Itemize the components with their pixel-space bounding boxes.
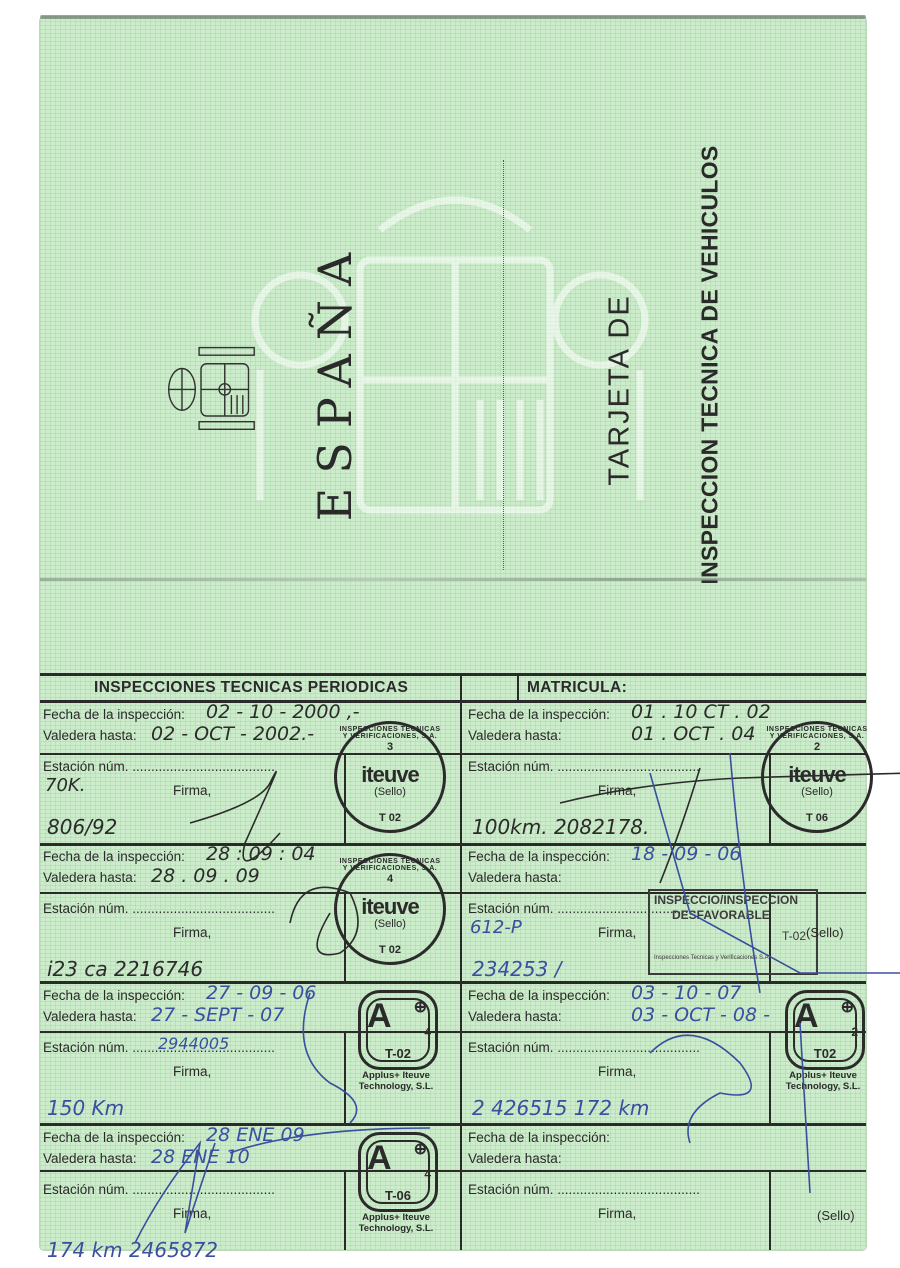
country-text: ESPAÑA xyxy=(308,239,362,522)
stamp-code: T02 xyxy=(788,1046,862,1061)
signature-label: Firma, xyxy=(598,1206,636,1221)
valid-until-label: Valedera hasta: xyxy=(468,728,562,743)
valid-until-label: Valedera hasta: xyxy=(468,1009,562,1024)
valid-until-label: Valedera hasta: xyxy=(468,870,562,885)
station-label: Estación núm. ..........................… xyxy=(43,901,275,916)
iteuve-round-stamp: INSPECCIONES TECNICAS Y VERIFICACIONES, … xyxy=(334,721,446,833)
iteuve-round-stamp: INSPECCIONES TECNICAS Y VERIFICACIONES, … xyxy=(334,853,446,965)
seal-divider xyxy=(769,1031,771,1125)
stamp-number: 2 xyxy=(851,1025,858,1039)
stamp-number: 4 xyxy=(424,1167,431,1181)
fold-crease xyxy=(40,578,866,581)
column-divider xyxy=(460,673,462,1250)
handwritten-number: 150 Km xyxy=(47,1096,124,1120)
stamp-code: T 02 xyxy=(337,944,443,956)
stamp-letter: A xyxy=(367,997,392,1036)
stamp-code: T 06 xyxy=(764,812,870,824)
inspection-date-field[interactable]: 28 : 09 : 04 xyxy=(206,843,316,865)
valid-until-field[interactable]: 28 ENE 10 xyxy=(151,1146,250,1168)
stamp-company-caption: Applus+ Iteuve Technology, S.L. xyxy=(348,1212,444,1234)
date-label: Fecha de la inspección: xyxy=(43,1130,185,1145)
handwritten-number: 234253 / xyxy=(472,957,561,981)
date-label: Fecha de la inspección: xyxy=(468,849,610,864)
title-line2-text: INSPECCION TECNICA DE VEHICULOS xyxy=(697,145,724,584)
card-edge xyxy=(40,15,866,19)
stamp-logo: iteuve xyxy=(764,762,870,788)
stamp-ring-text: INSPECCIONES TECNICAS Y VERIFICACIONES, … xyxy=(764,726,870,740)
stamp-number: 2 xyxy=(764,741,870,753)
date-label: Fecha de la inspección: xyxy=(43,988,185,1003)
rule xyxy=(40,1031,866,1033)
stamp-code: T 02 xyxy=(337,812,443,824)
iteuve-round-stamp: INSPECCIONES TECNICAS Y VERIFICACIONES, … xyxy=(761,721,873,833)
unfavorable-inspection-stamp: INSPECCIO/INSPECCIONDESFAVORABLET-02Insp… xyxy=(648,889,818,975)
seal-label: (Sello) xyxy=(806,925,844,940)
handwritten-note: 70K. xyxy=(45,775,85,796)
applus-itv-stamp: A⊕4T-02 xyxy=(358,990,438,1070)
stamp-letter: A xyxy=(367,1139,392,1178)
station-label: Estación núm. ..........................… xyxy=(468,1182,700,1197)
stamp-number: 4 xyxy=(424,1025,431,1039)
stamp-line2: DESFAVORABLE xyxy=(672,908,770,922)
stamp-plus-icon: ⊕ xyxy=(414,1139,427,1159)
stamp-plus-icon: ⊕ xyxy=(414,997,427,1017)
date-label: Fecha de la inspección: xyxy=(468,707,610,722)
section-title: INSPECCIONES TECNICAS PERIODICAS xyxy=(94,679,408,697)
cover-divider xyxy=(503,160,504,570)
inspection-date-field[interactable]: 01 . 10 CT . 02 xyxy=(631,701,771,723)
stamp-plus-icon: ⊕ xyxy=(841,997,854,1017)
inspection-date-field[interactable]: 27 - 09 - 06 xyxy=(206,982,316,1004)
signature-label: Firma, xyxy=(173,783,211,798)
valid-until-label: Valedera hasta: xyxy=(43,1009,137,1024)
handwritten-number: 100km. 2082178. xyxy=(472,815,649,839)
seal-label: (Sello) xyxy=(817,1208,855,1223)
date-label: Fecha de la inspección: xyxy=(43,849,185,864)
handwritten-note: 612-P xyxy=(470,917,522,938)
station-label: Estación núm. ..........................… xyxy=(468,759,700,774)
stamp-company-caption: Applus+ Iteuve Technology, S.L. xyxy=(348,1070,444,1092)
stamp-letter: A xyxy=(794,997,819,1036)
handwritten-number: 806/92 xyxy=(47,815,117,839)
stamp-company-caption: Applus+ Iteuve Technology, S.L. xyxy=(775,1070,871,1092)
card-title-line1: TARJETA DE xyxy=(595,280,645,500)
stamp-number: 4 xyxy=(337,873,443,885)
signature-label: Firma, xyxy=(598,1064,636,1079)
station-label: Estación núm. ..........................… xyxy=(43,759,275,774)
stamp-company: Inspecciones Tecnicas y Verificaciones S… xyxy=(654,955,770,961)
stamp-logo: iteuve xyxy=(337,894,443,920)
stamp-ring-text: INSPECCIONES TECNICAS Y VERIFICACIONES, … xyxy=(337,726,443,740)
stamp-seal-label: (Sello) xyxy=(337,786,443,798)
valid-until-label: Valedera hasta: xyxy=(43,1151,137,1166)
applus-itv-stamp: A⊕2T02 xyxy=(785,990,865,1070)
valid-until-field[interactable]: 03 - OCT - 08 - xyxy=(631,1004,770,1026)
stamp-code: T-06 xyxy=(361,1188,435,1203)
signature-label: Firma, xyxy=(173,1064,211,1079)
stamp-code: T-02 xyxy=(782,929,806,943)
signature-label: Firma, xyxy=(173,1206,211,1221)
rule xyxy=(40,753,866,755)
stamp-number: 3 xyxy=(337,741,443,753)
inspection-date-field[interactable]: 03 - 10 - 07 xyxy=(631,982,741,1004)
seal-divider xyxy=(769,1170,771,1250)
valid-until-label: Valedera hasta: xyxy=(43,728,137,743)
plate-label: MATRICULA: xyxy=(527,679,627,697)
stamp-ring-text: INSPECCIONES TECNICAS Y VERIFICACIONES, … xyxy=(337,858,443,872)
plate-field[interactable] xyxy=(640,679,850,697)
card-title-line2: INSPECCION TECNICA DE VEHICULOS xyxy=(685,150,735,580)
station-label: Estación núm. ..........................… xyxy=(43,1182,275,1197)
inspection-date-field[interactable]: 02 - 10 - 2000 ,- xyxy=(206,701,360,723)
rule xyxy=(40,981,866,984)
inspection-date-field[interactable]: 28 ENE 09 xyxy=(206,1124,305,1146)
valid-until-field[interactable]: 28 . 09 . 09 xyxy=(151,865,260,887)
spain-coat-of-arms-icon xyxy=(163,340,258,435)
rule xyxy=(40,673,866,676)
handwritten-number: 174 km 2465872 xyxy=(47,1238,218,1262)
applus-itv-stamp: A⊕4T-06 xyxy=(358,1132,438,1212)
country-title: ESPAÑA xyxy=(300,245,370,515)
header-divider xyxy=(517,673,519,701)
seal-divider xyxy=(344,1170,346,1250)
valid-until-field[interactable]: 02 - OCT - 2002.- xyxy=(151,723,314,745)
rule xyxy=(40,1123,866,1126)
date-label: Fecha de la inspección: xyxy=(468,988,610,1003)
inspection-date-field[interactable]: 18 - 09 - 06 xyxy=(631,843,741,865)
signature-label: Firma, xyxy=(598,783,636,798)
station-label: Estación núm. ..........................… xyxy=(468,1040,700,1055)
rule xyxy=(40,1170,866,1172)
signature-label: Firma, xyxy=(173,925,211,940)
signature-label: Firma, xyxy=(598,925,636,940)
handwritten-number: i23 ca 2216746 xyxy=(47,957,203,981)
date-label: Fecha de la inspección: xyxy=(468,1130,610,1145)
valid-until-label: Valedera hasta: xyxy=(43,870,137,885)
valid-until-field[interactable]: 01 . OCT . 04 xyxy=(631,723,755,745)
seal-divider xyxy=(344,1031,346,1125)
handwritten-number: 2 426515 172 km xyxy=(472,1096,649,1120)
stamp-code: T-02 xyxy=(361,1046,435,1061)
station-field[interactable]: 2944005 xyxy=(158,1034,229,1053)
valid-until-label: Valedera hasta: xyxy=(468,1151,562,1166)
stamp-seal-label: (Sello) xyxy=(337,918,443,930)
stamp-logo: iteuve xyxy=(337,762,443,788)
stamp-seal-label: (Sello) xyxy=(764,786,870,798)
valid-until-field[interactable]: 27 - SEPT - 07 xyxy=(151,1004,284,1026)
inspection-form: INSPECCIONES TECNICAS PERIODICAS MATRICU… xyxy=(40,673,866,1250)
stamp-line1: INSPECCIO/INSPECCION xyxy=(654,893,798,907)
date-label: Fecha de la inspección: xyxy=(43,707,185,722)
rule xyxy=(40,843,866,846)
title-line1-text: TARJETA DE xyxy=(604,294,637,485)
